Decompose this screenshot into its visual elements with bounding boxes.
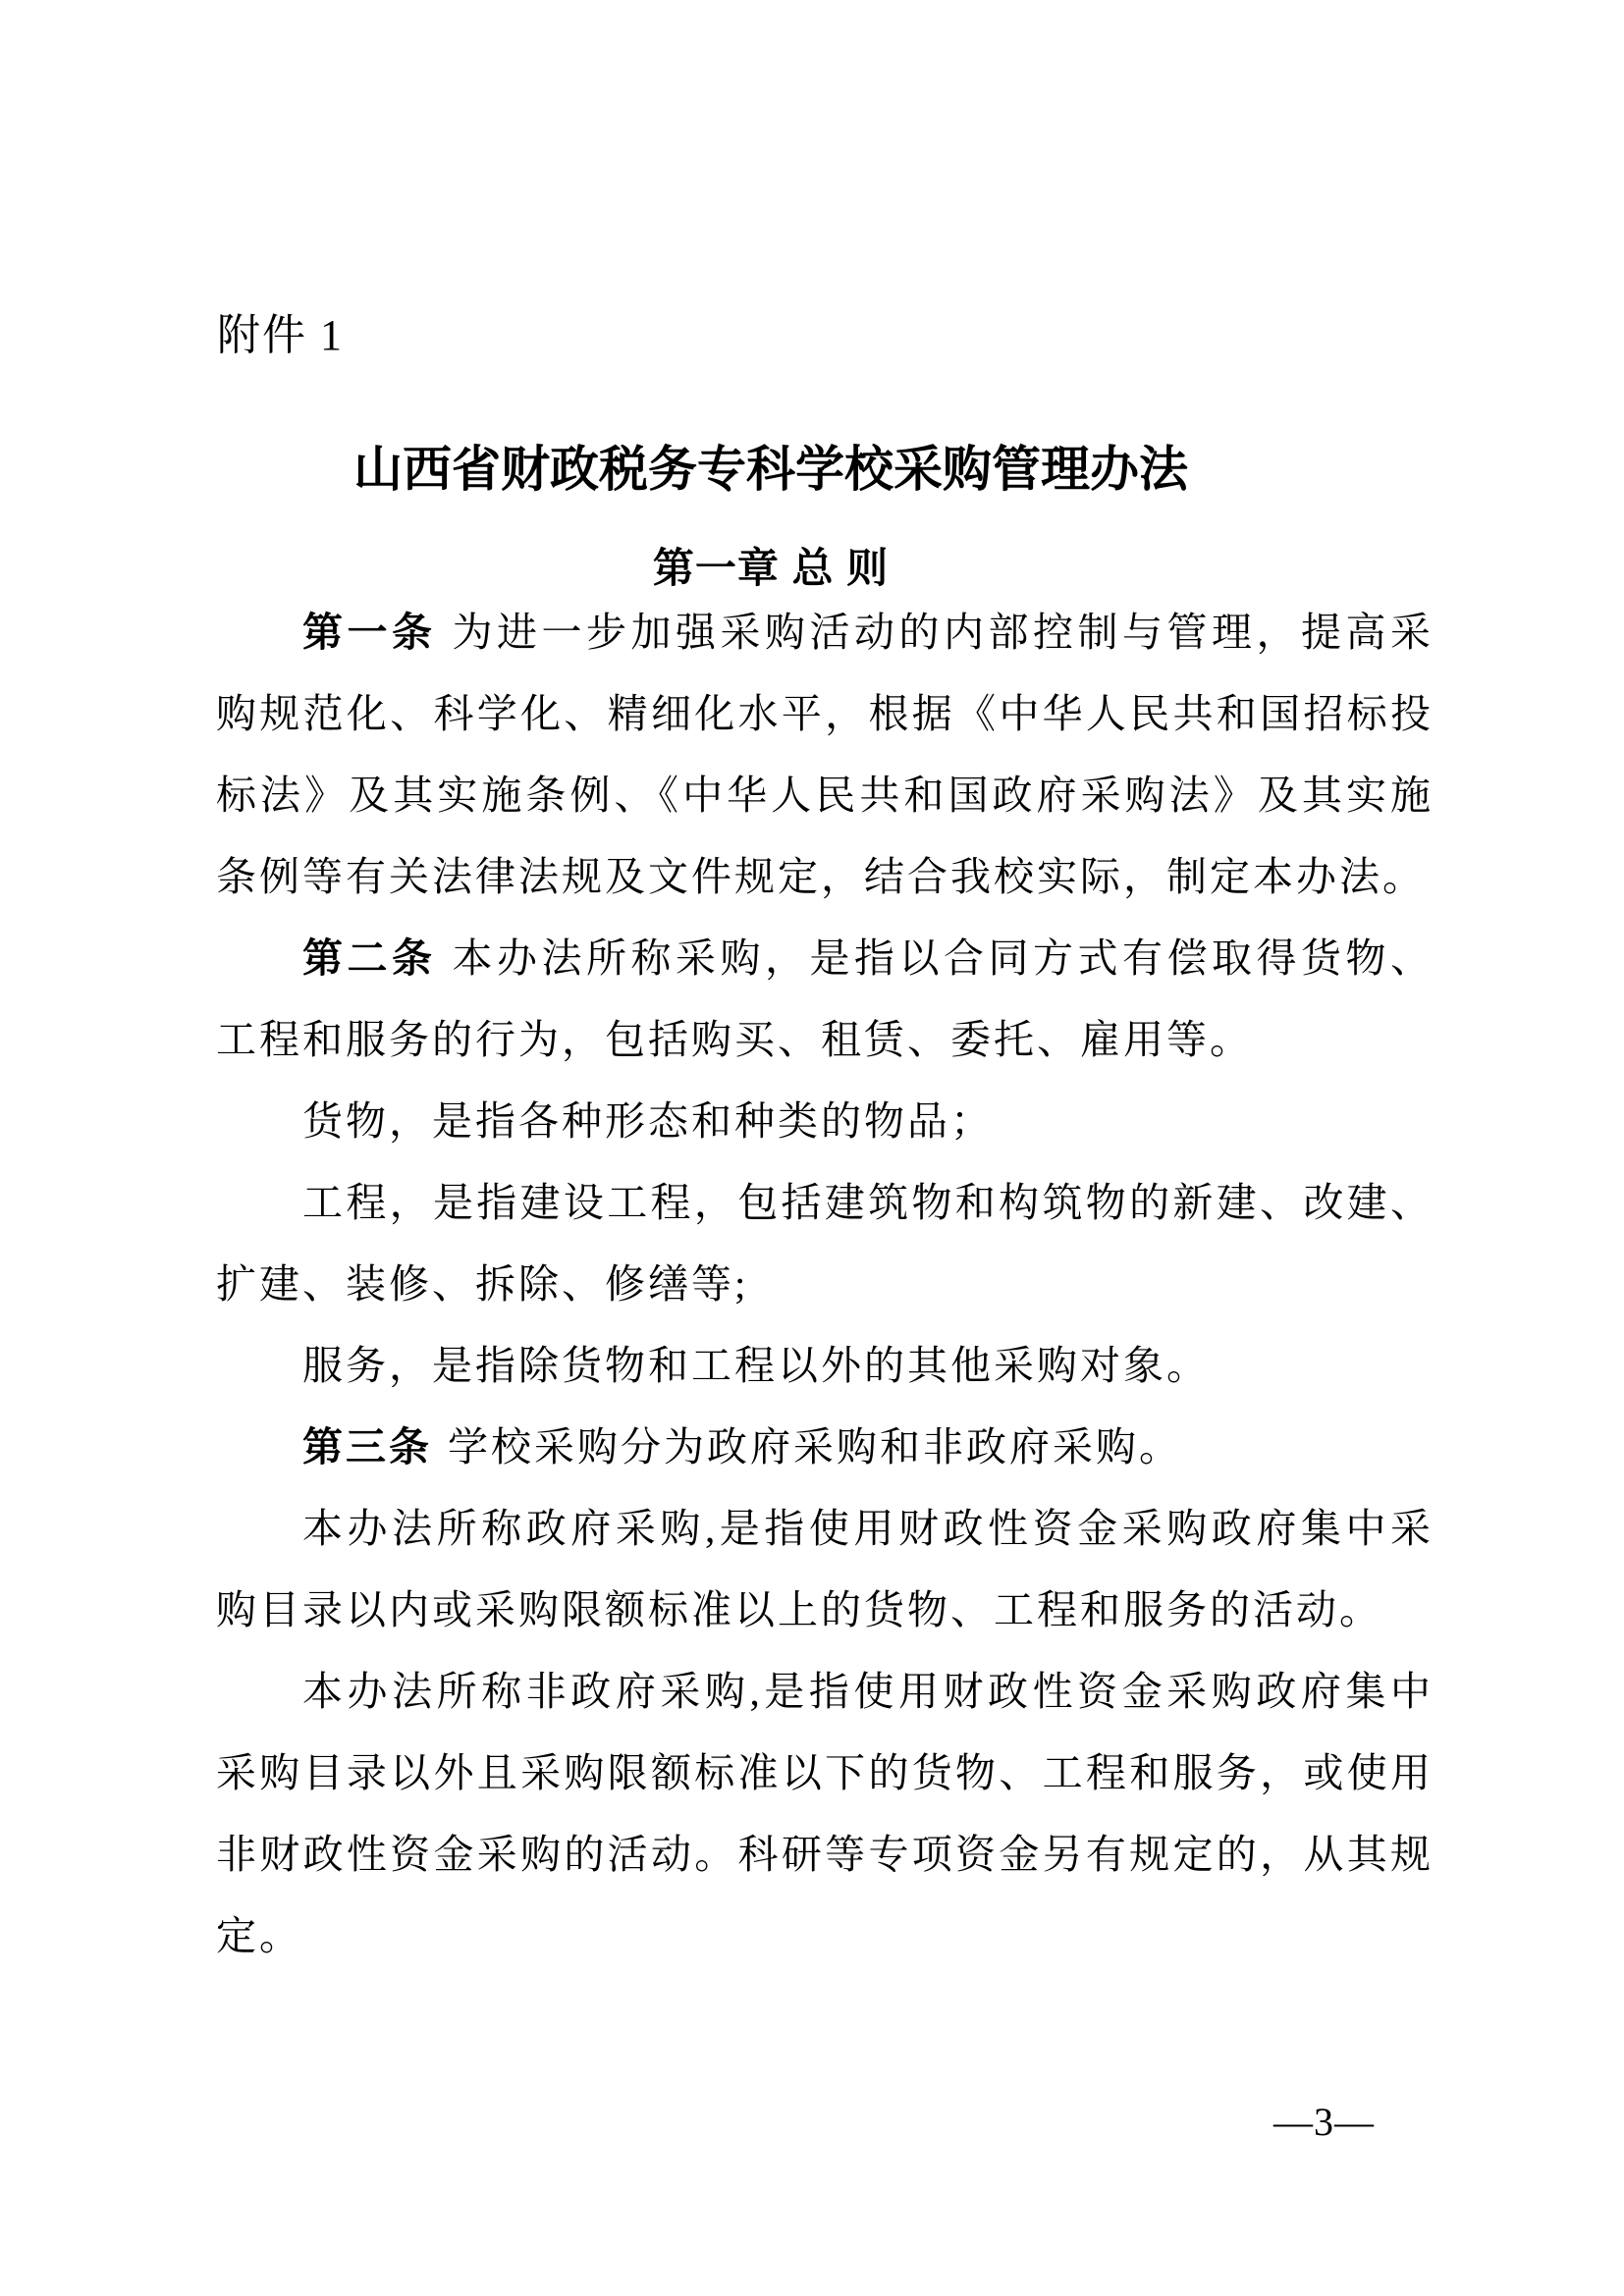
paragraph: 本办法所称政府采购,是指使用财政性资金采购政府集中采购目录以内或采购限额标准以上… [216,1488,1434,1651]
article-number: 第一条 [302,610,437,655]
paragraph-text: 本办法所称政府采购,是指使用财政性资金采购政府集中采购目录以内或采购限额标准以上… [216,1506,1434,1632]
paragraph: 第二条本办法所称采购，是指以合同方式有偿取得货物、工程和服务的行为，包括购买、租… [216,918,1434,1081]
document-page: 附件 1 山西省财政税务专科学校采购管理办法 第一章 总 则 第一条为进一步加强… [0,0,1624,2296]
paragraph-text: 服务，是指除货物和工程以外的其他采购对象。 [302,1343,1210,1388]
article-number: 第二条 [302,935,437,981]
document-body: 第一条为进一步加强采购活动的内部控制与管理，提高采购规范化、科学化、精细化水平，… [216,592,1434,1977]
paragraph: 本办法所称非政府采购,是指使用财政性资金采购政府集中采购目录以外且采购限额标准以… [216,1651,1434,1977]
chapter-heading: 第一章 总 则 [108,546,1434,591]
document-title: 山西省财政税务专科学校采购管理办法 [108,443,1434,497]
article-number: 第三条 [302,1424,432,1469]
paragraph: 工程，是指建设工程，包括建筑物和构筑物的新建、改建、扩建、装修、拆除、修缮等; [216,1162,1434,1325]
paragraph-text: 学校采购分为政府采购和非政府采购。 [448,1424,1182,1469]
paragraph-text: 货物，是指各种形态和种类的物品； [302,1098,994,1144]
paragraph-text: 本办法所称非政府采购,是指使用财政性资金采购政府集中采购目录以外且采购限额标准以… [216,1669,1434,1958]
paragraph: 第三条学校采购分为政府采购和非政府采购。 [216,1407,1434,1488]
paragraph: 服务，是指除货物和工程以外的其他采购对象。 [216,1325,1434,1407]
paragraph: 第一条为进一步加强采购活动的内部控制与管理，提高采购规范化、科学化、精细化水平，… [216,592,1434,918]
paragraph: 货物，是指各种形态和种类的物品； [216,1081,1434,1162]
page-number: —3— [1273,2101,1375,2144]
attachment-label: 附件 1 [217,312,344,359]
paragraph-text: 工程，是指建设工程，包括建筑物和构筑物的新建、改建、扩建、装修、拆除、修缮等; [216,1180,1434,1307]
